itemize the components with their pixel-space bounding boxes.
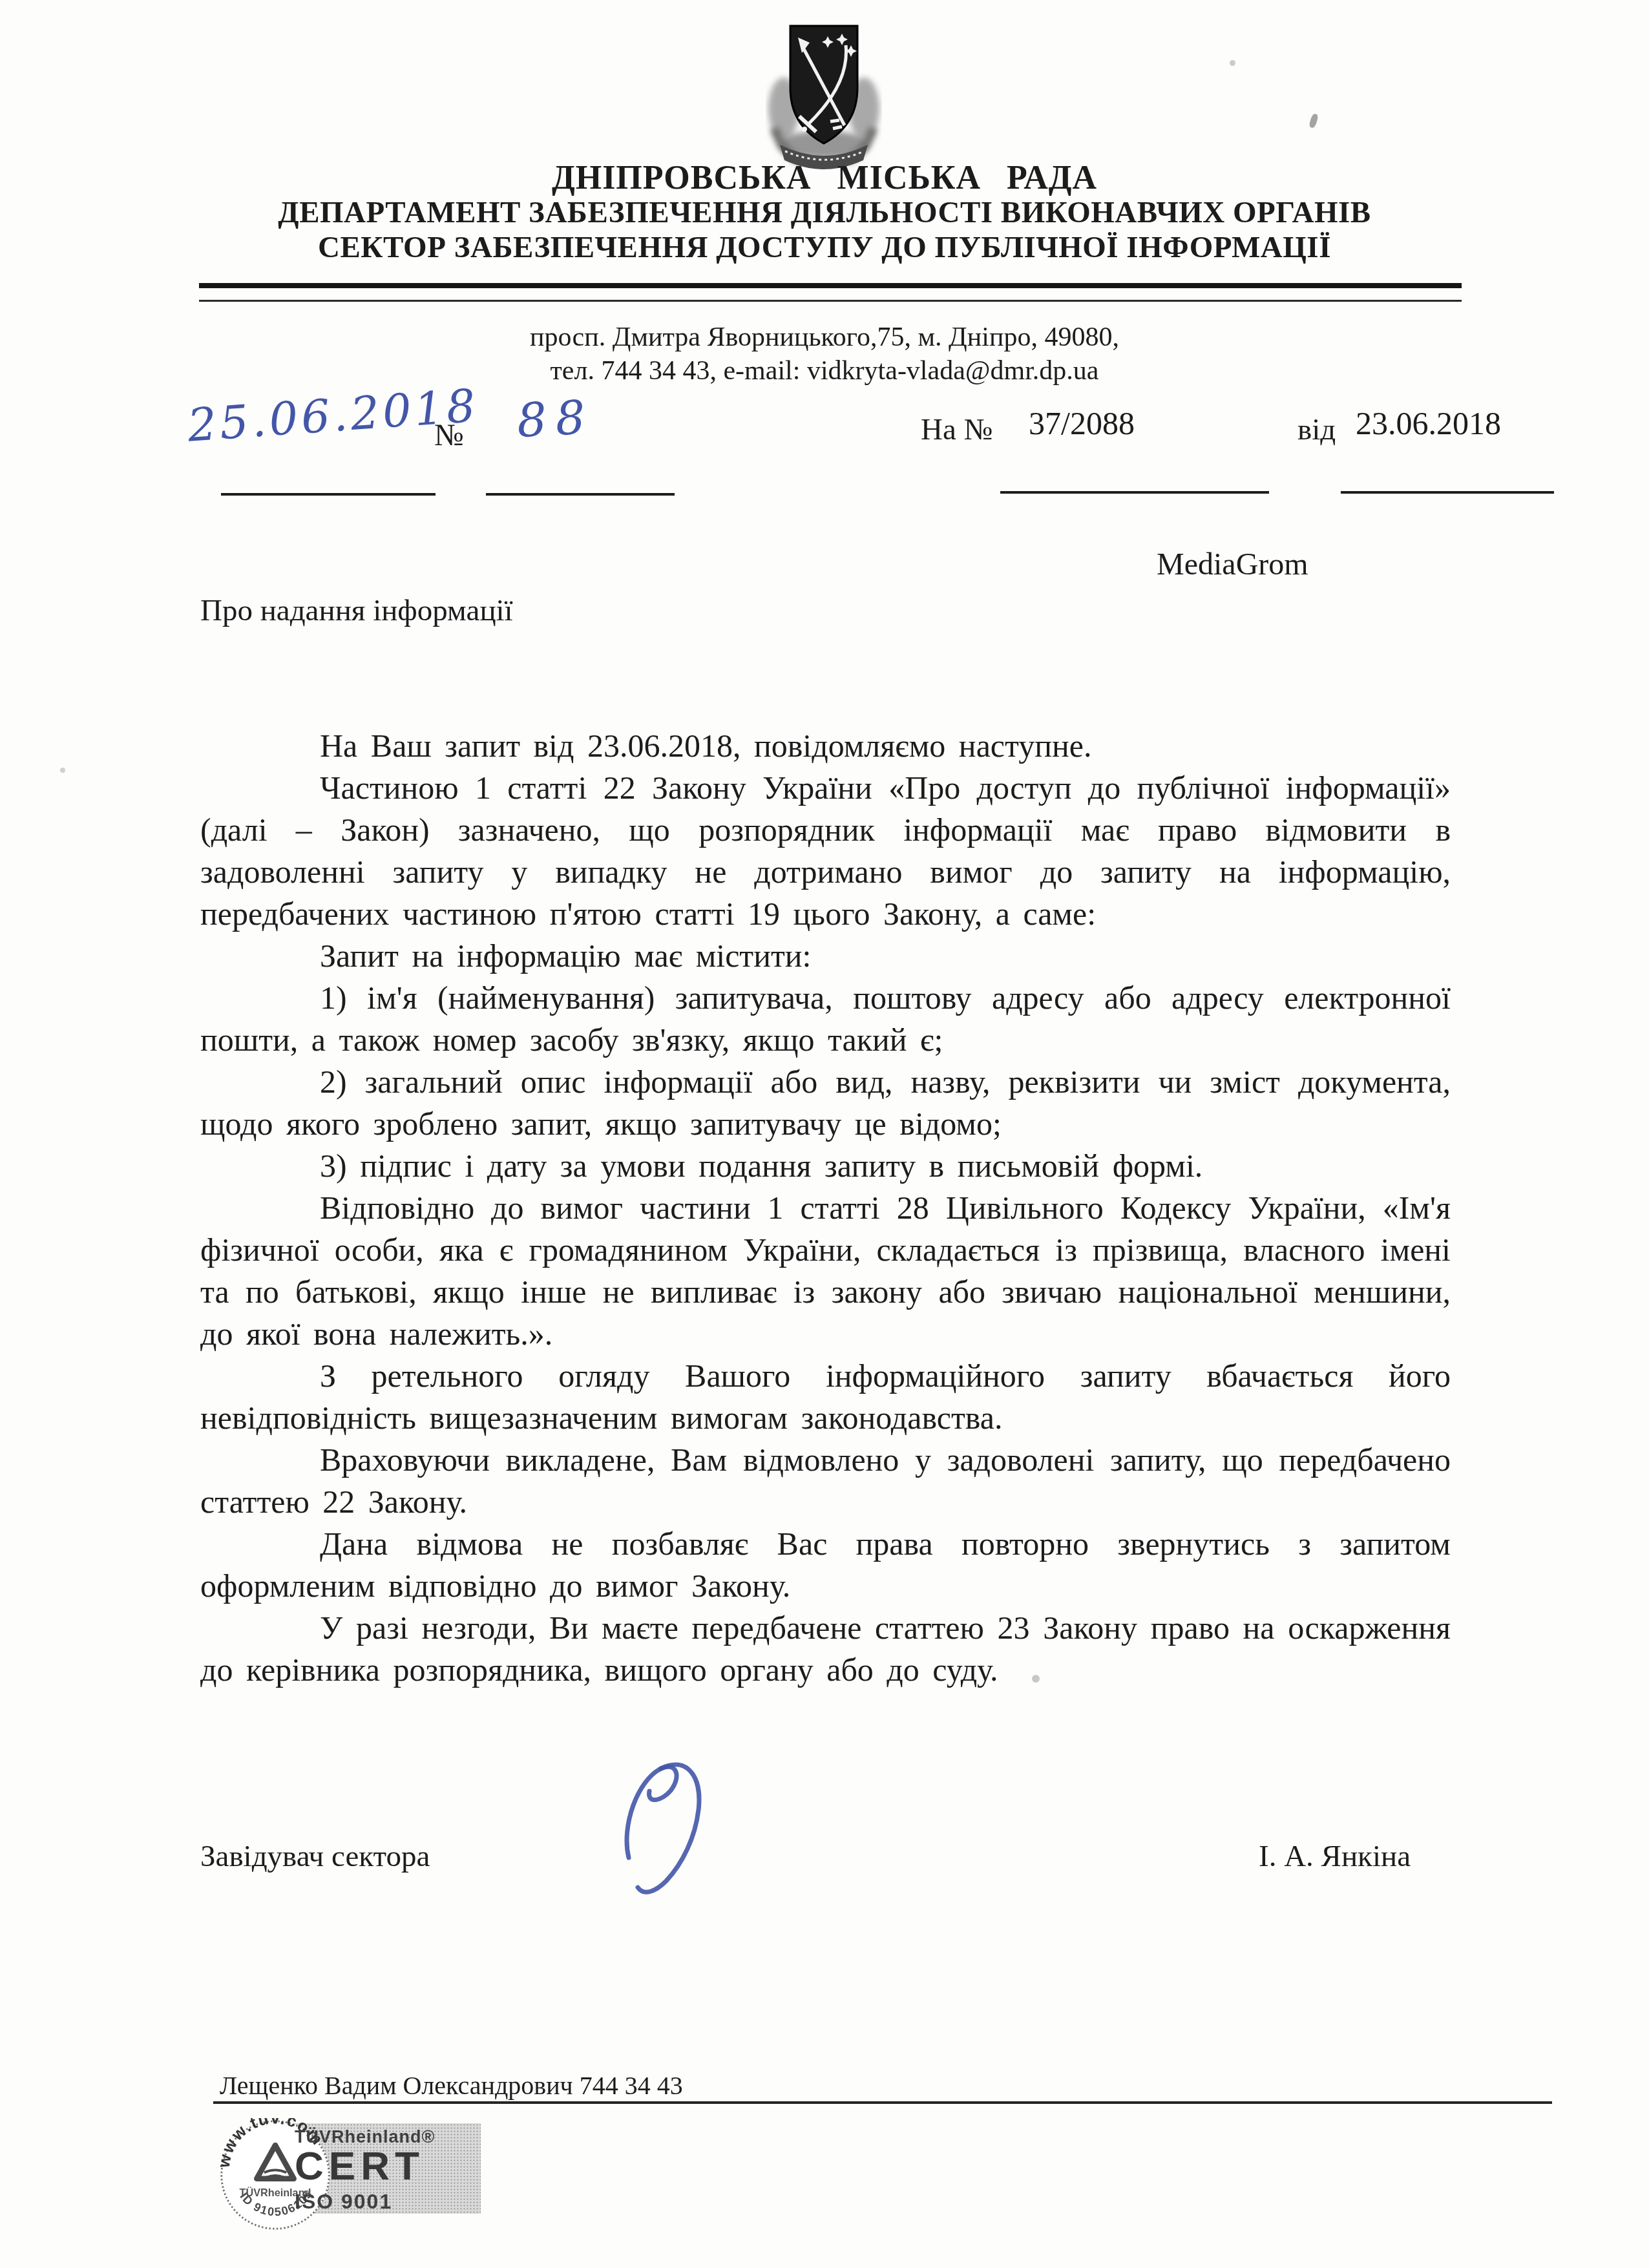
handwritten-signature bbox=[604, 1754, 727, 1906]
incoming-date-label: від bbox=[1297, 412, 1336, 447]
signer-position: Завідувач сектора bbox=[200, 1839, 430, 1874]
body-paragraph: Запит на інформацію має містити: bbox=[200, 935, 1451, 977]
incoming-number-label: На № bbox=[921, 412, 993, 447]
body-paragraph: Відповідно до вимог частини 1 статті 28 … bbox=[200, 1187, 1451, 1355]
iso-label: ISO 9001 bbox=[295, 2190, 435, 2214]
footer-rule bbox=[213, 2101, 1552, 2104]
number-underline bbox=[486, 493, 675, 496]
cert-label: CERT bbox=[295, 2147, 435, 2186]
tuv-cert-stamp: www.tuv.com ID 9105061054 TÜVRheinland T… bbox=[218, 2118, 485, 2232]
org-address: просп. Дмитра Яворницького,75, м. Дніпро… bbox=[0, 322, 1649, 353]
scan-speck bbox=[1308, 113, 1319, 129]
signer-name: І. А. Янкіна bbox=[1259, 1839, 1411, 1874]
body-paragraph: Враховуючи викладене, Вам відмовлено у з… bbox=[200, 1439, 1451, 1523]
handwritten-outgoing-number: 88 bbox=[516, 390, 596, 448]
org-sector: СЕКТОР ЗАБЕЗПЕЧЕННЯ ДОСТУПУ ДО ПУБЛІЧНОЇ… bbox=[0, 230, 1649, 265]
scan-speck bbox=[1032, 1675, 1040, 1683]
incoming-number-value: 37/2088 bbox=[1029, 404, 1135, 442]
letterhead-rule-thick bbox=[199, 283, 1462, 288]
scan-speck bbox=[60, 768, 65, 773]
org-contacts: тел. 744 34 43, e-mail: vidkryta-vlada@d… bbox=[0, 355, 1649, 386]
dnipro-coat-of-arms-icon bbox=[766, 18, 882, 173]
executor-line: Лещенко Вадим Олександрович 744 34 43 bbox=[220, 2070, 683, 2101]
body-paragraph: Дана відмова не позбавляє Вас права повт… bbox=[200, 1523, 1451, 1607]
org-department: ДЕПАРТАМЕНТ ЗАБЕЗПЕЧЕННЯ ДІЯЛЬНОСТІ ВИКО… bbox=[0, 195, 1649, 230]
date-underline bbox=[221, 493, 436, 496]
body-paragraph: З ретельного огляду Вашого інформаційног… bbox=[200, 1355, 1451, 1439]
body-paragraph: У разі незгоди, Ви маєте передбачене ста… bbox=[200, 1607, 1451, 1691]
incoming-date-value: 23.06.2018 bbox=[1356, 404, 1501, 442]
body-paragraph: 1) ім'я (найменування) запитувача, пошто… bbox=[200, 977, 1451, 1061]
incoming-number-underline bbox=[1000, 491, 1269, 494]
org-name: ДНІПРОВСЬКА МІСЬКА РАДА bbox=[0, 159, 1649, 197]
body-paragraph: На Ваш запит від 23.06.2018, повідомляєм… bbox=[200, 725, 1451, 767]
incoming-date-underline bbox=[1341, 491, 1554, 494]
subject-line: Про надання інформації bbox=[200, 593, 513, 628]
letterhead-rule-thin bbox=[199, 300, 1462, 302]
number-sign: № bbox=[434, 417, 464, 453]
body-paragraph: Частиною 1 статті 22 Закону України «Про… bbox=[200, 767, 1451, 935]
recipient: MediaGrom bbox=[1157, 547, 1308, 582]
scanned-letter-page: ДНІПРОВСЬКА МІСЬКА РАДА ДЕПАРТАМЕНТ ЗАБЕ… bbox=[0, 0, 1649, 2268]
letter-body: На Ваш запит від 23.06.2018, повідомляєм… bbox=[200, 725, 1451, 1691]
body-paragraph: 2) загальний опис інформації або вид, на… bbox=[200, 1061, 1451, 1145]
body-paragraph: 3) підпис і дату за умови подання запиту… bbox=[200, 1145, 1451, 1187]
scan-speck bbox=[1230, 60, 1235, 66]
